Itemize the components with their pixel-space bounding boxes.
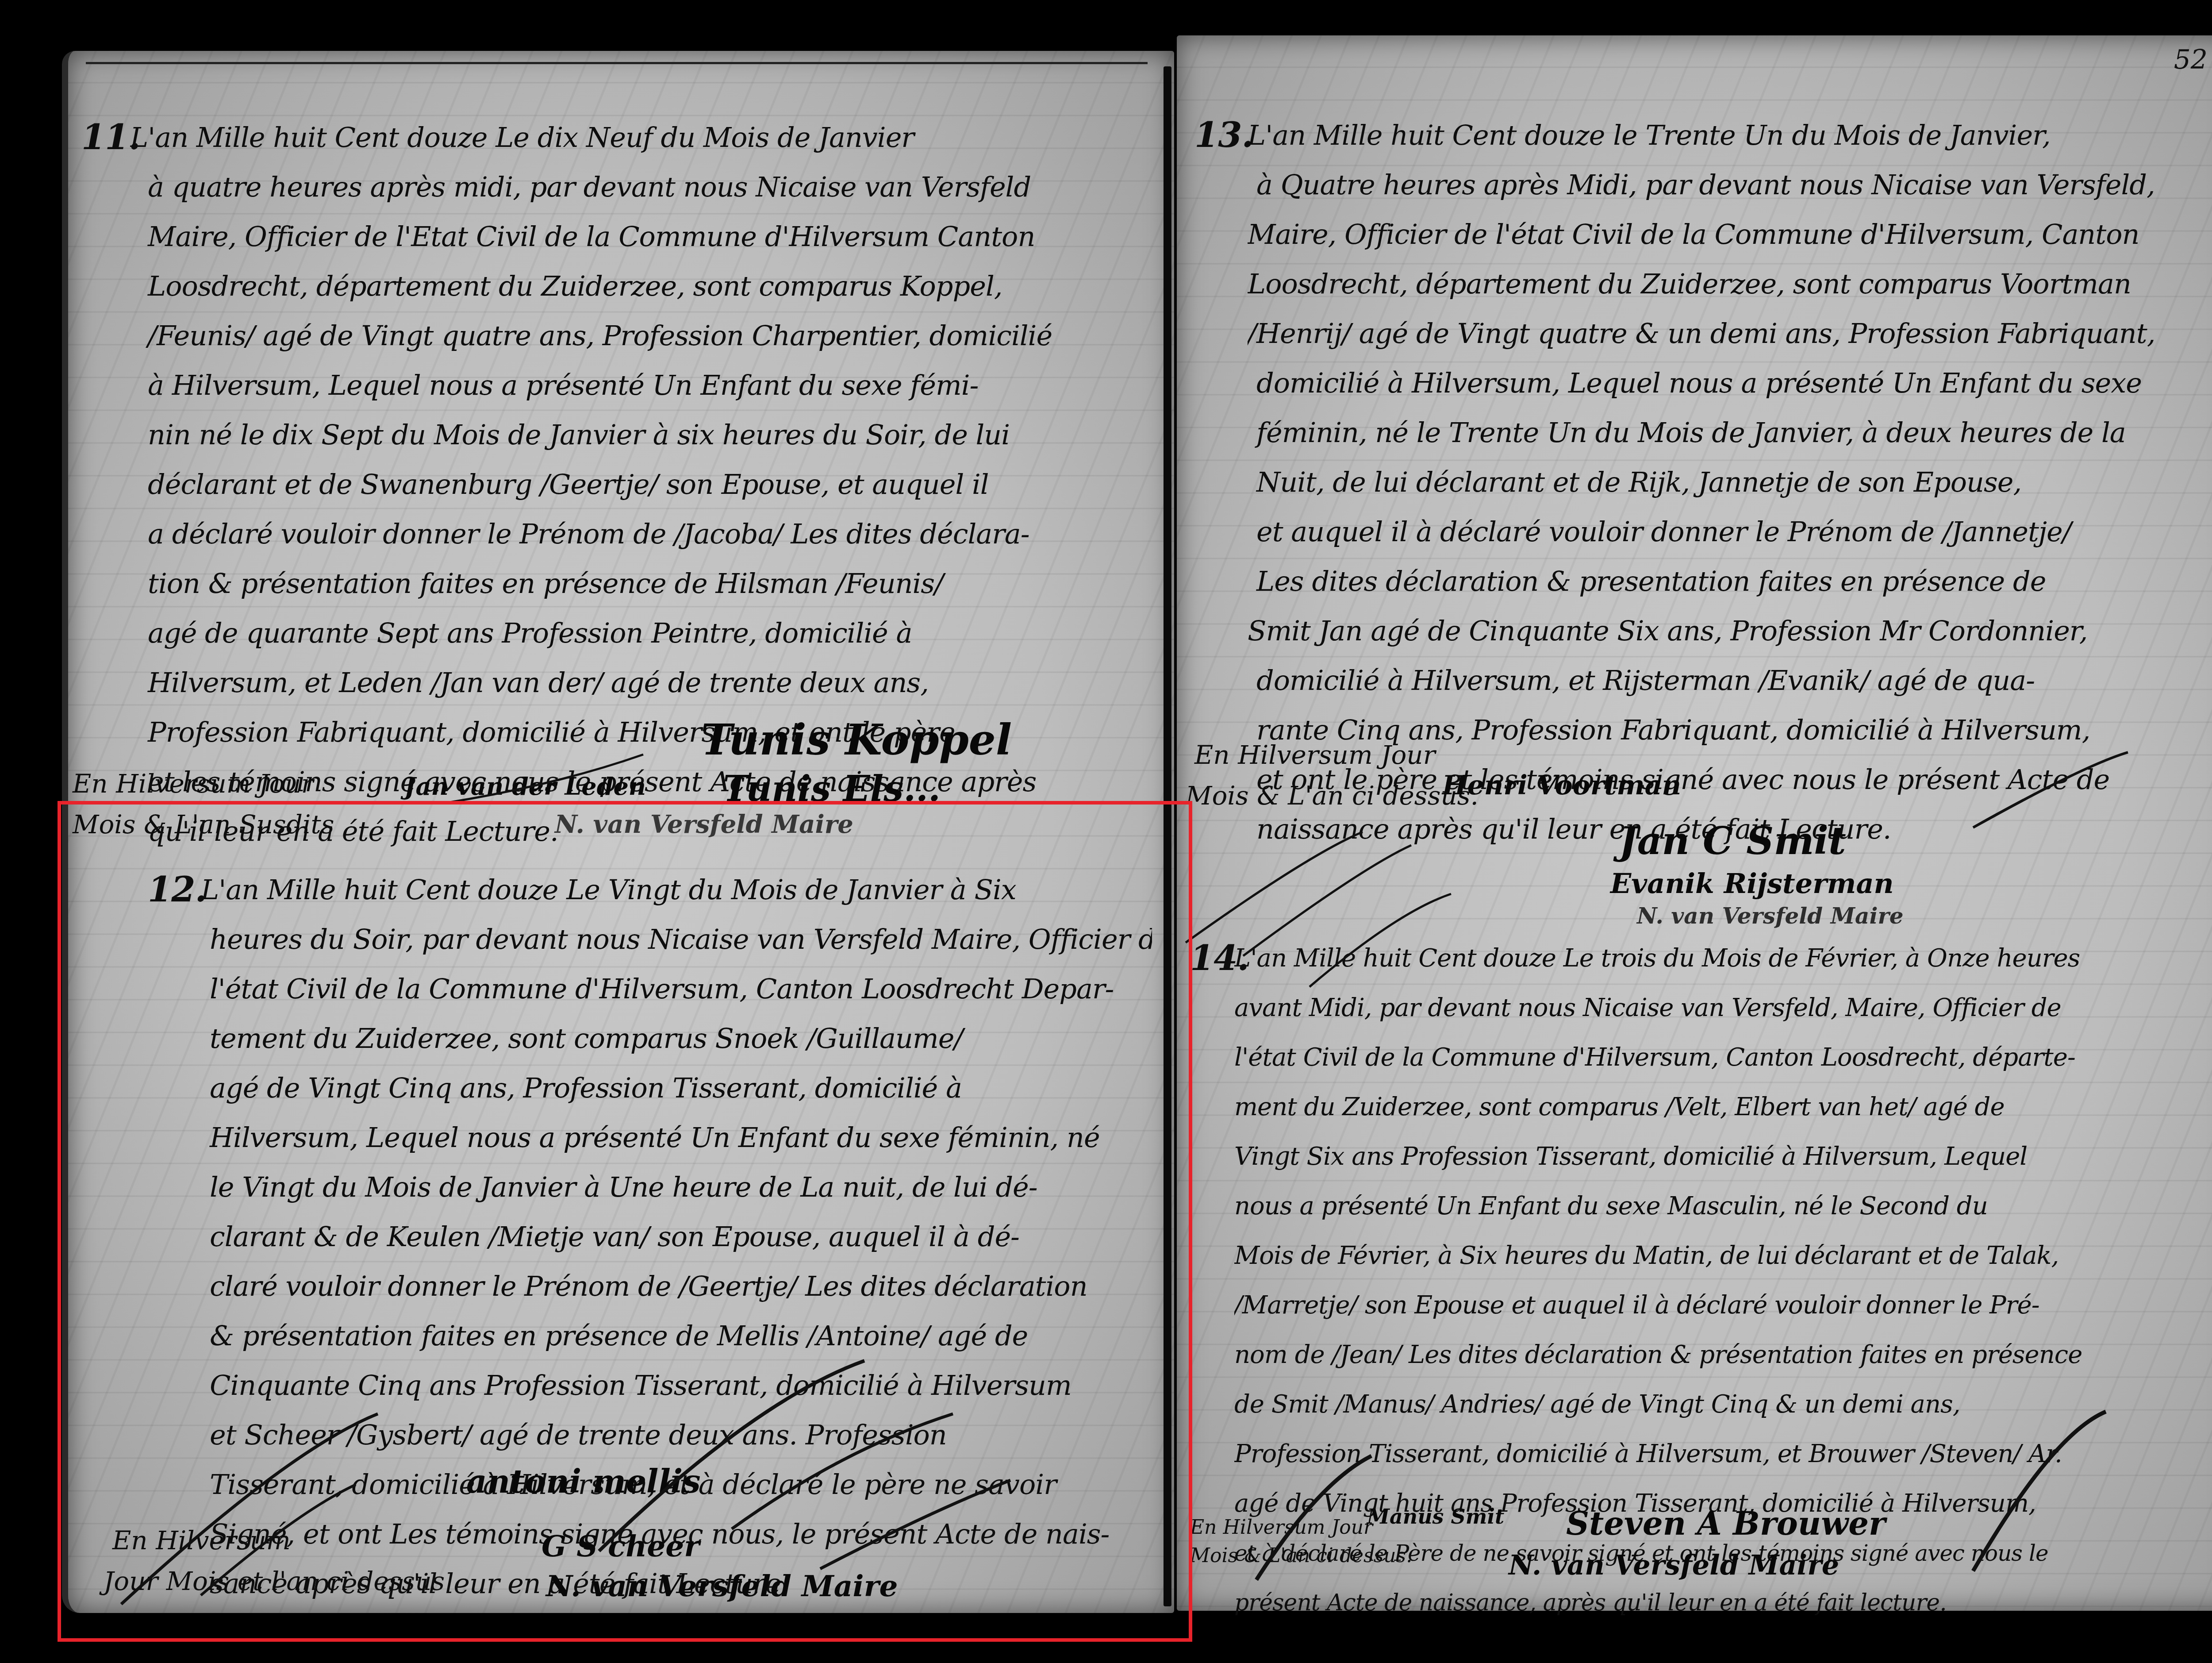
signature-witness-smit: Manus Smit <box>1367 1505 1504 1528</box>
entry-13-closing: En Hilversum Jour Mois & L'an ci dessus. <box>1186 735 1479 816</box>
entry-line: Cinquante Cinq ans Profession Tisserant,… <box>201 1361 1152 1410</box>
entry-line: nous a présenté Un Enfant du sexe Mascul… <box>1234 1182 2212 1231</box>
entry-line: présent Acte de naissance, après qu'il l… <box>1234 1578 2212 1628</box>
entry-line: agé de Vingt Cinq ans, Profession Tisser… <box>201 1063 1152 1113</box>
closing-line: Mois & L'an Susdits <box>73 804 334 845</box>
entry-line: Loosdrecht, département du Zuiderzee, so… <box>1248 259 2203 309</box>
signature-mayor: N. van Versfeld Maire <box>1509 1549 1839 1581</box>
entry-line: Nuit, de lui déclarant et de Rijk, Janne… <box>1248 458 2203 507</box>
entry-line: et Scheer /Gysbert/ agé de trente deux a… <box>201 1410 1152 1460</box>
closing-line: En Hilversum <box>104 1520 445 1561</box>
entry-line: Profession Tisserant, domicilié à Hilver… <box>1234 1429 2212 1479</box>
signature-witness-2: Tunis Els... <box>723 768 941 809</box>
signature-witness-brouwer: Steven A Brouwer <box>1566 1505 1886 1542</box>
signature-witness-rijsterman: Evanik Rijsterman <box>1610 867 1894 900</box>
entry-line: avant Midi, par devant nous Nicaise van … <box>1234 983 2212 1033</box>
document-scan: 11. L'an Mille huit Cent douze Le dix Ne… <box>0 0 2212 1663</box>
signature-witness-mellis: antoni mellis <box>466 1463 701 1500</box>
entry-line: à Quatre heures après Midi, par devant n… <box>1248 160 2203 210</box>
entry-line: à Hilversum, Lequel nous a présenté Un E… <box>130 361 1156 410</box>
entry-number: 12. <box>148 865 207 915</box>
signature-father: Henri Voortman <box>1442 770 1681 801</box>
signature-mayor: N. van Versfeld Maire <box>546 1569 898 1603</box>
signature-witness-1: Jan van der Leden <box>404 772 646 801</box>
entry-line: & présentation faites en présence de Mel… <box>201 1311 1152 1361</box>
entry-line: et auquel il à déclaré vouloir donner le… <box>1248 507 2203 557</box>
entry-12-closing: En Hilversum Jour Mois et l'an ci dessus <box>104 1520 445 1601</box>
page-number: 52 <box>2174 44 2208 75</box>
top-ruled-line <box>86 62 1148 64</box>
signature-witness-smit: Jan C Smit <box>1619 819 1846 863</box>
entry-line: Loosdrecht, département du Zuiderzee, so… <box>130 262 1156 311</box>
entry-line: domicilié à Hilversum, et Rijsterman /Ev… <box>1248 656 2203 705</box>
entry-line: Les dites déclaration & presentation fai… <box>1248 557 2203 606</box>
entry-line: Smit Jan agé de Cinquante Six ans, Profe… <box>1248 606 2203 656</box>
entry-line: clarant & de Keulen /Mietje van/ son Epo… <box>201 1212 1152 1262</box>
entry-line: déclarant et de Swanenburg /Geertje/ son… <box>130 460 1156 509</box>
left-page: 11. L'an Mille huit Cent douze Le dix Ne… <box>62 51 1174 1613</box>
entry-line: Hilversum, et Leden /Jan van der/ agé de… <box>130 658 1156 708</box>
right-page: 52 13. L'an Mille huit Cent douze le Tre… <box>1177 35 2212 1611</box>
entry-line: L'an Mille huit Cent douze Le trois du M… <box>1234 934 2212 983</box>
closing-line: Mois & L'an ci dessus. <box>1190 1542 1412 1570</box>
entry-line: nin né le dix Sept du Mois de Janvier à … <box>130 410 1156 460</box>
entry-line: Mois de Février, à Six heures du Matin, … <box>1234 1231 2212 1281</box>
signature-mayor: N. van Versfeld Maire <box>555 810 853 839</box>
entry-line: Hilversum, Lequel nous a présenté Un Enf… <box>201 1113 1152 1163</box>
entry-line: claré vouloir donner le Prénom de /Geert… <box>201 1262 1152 1311</box>
entry-line: Maire, Officier de l'état Civil de la Co… <box>1248 210 2203 259</box>
signature-mayor: N. van Versfeld Maire <box>1637 903 1904 929</box>
entry-line: domicilié à Hilversum, Lequel nous a pré… <box>1248 358 2203 408</box>
entry-line: L'an Mille huit Cent douze le Trente Un … <box>1248 111 2203 160</box>
entry-number: 14. <box>1190 934 1249 983</box>
entry-line: tion & présentation faites en présence d… <box>130 559 1156 608</box>
entry-line: /Marretje/ son Epouse et auquel il à déc… <box>1234 1281 2212 1330</box>
entry-line: Maire, Officier de l'Etat Civil de la Co… <box>130 212 1156 262</box>
entry-number: 13. <box>1194 111 1253 160</box>
entry-line: à quatre heures après midi, par devant n… <box>130 162 1156 212</box>
entry-line: a déclaré vouloir donner le Prénom de /J… <box>130 509 1156 559</box>
entry-line: nom de /Jean/ Les dites déclaration & pr… <box>1234 1330 2212 1380</box>
closing-line: Mois & L'an ci dessus. <box>1186 775 1479 816</box>
entry-line: l'état Civil de la Commune d'Hilversum, … <box>201 964 1152 1014</box>
closing-line: Jour Mois et l'an ci dessus <box>104 1561 445 1601</box>
entry-line: /Henrij/ agé de Vingt quatre & un demi a… <box>1248 309 2203 358</box>
entry-line: Vingt Six ans Profession Tisserant, domi… <box>1234 1132 2212 1182</box>
entry-line: heures du Soir, par devant nous Nicaise … <box>201 915 1152 964</box>
entry-line: L'an Mille huit Cent douze Le dix Neuf d… <box>130 113 1156 162</box>
entry-11-closing: En Hilversum Jour Mois & L'an Susdits <box>73 763 334 845</box>
entry-line: l'état Civil de la Commune d'Hilversum, … <box>1234 1033 2212 1082</box>
entry-number: 11. <box>81 113 140 162</box>
entry-line: tement du Zuiderzee, sont comparus Snoek… <box>201 1014 1152 1063</box>
entry-line: agé de quarante Sept ans Profession Pein… <box>130 608 1156 658</box>
entry-line: féminin, né le Trente Un du Mois de Janv… <box>1248 408 2203 458</box>
signature-father: Tunis Koppel <box>701 715 1012 765</box>
signature-witness-scheer: G S cheer <box>541 1529 699 1563</box>
book-spine <box>1164 66 1171 1606</box>
entry-line: L'an Mille huit Cent douze Le Vingt du M… <box>201 865 1152 915</box>
entry-line: le Vingt du Mois de Janvier à Une heure … <box>201 1163 1152 1212</box>
entry-line: ment du Zuiderzee, sont comparus /Velt, … <box>1234 1082 2212 1132</box>
entry-line: /Feunis/ agé de Vingt quatre ans, Profes… <box>130 311 1156 361</box>
closing-line: En Hilversum Jour <box>73 763 334 804</box>
entry-line: de Smit /Manus/ Andries/ agé de Vingt Ci… <box>1234 1380 2212 1429</box>
closing-line: En Hilversum Jour <box>1186 735 1479 775</box>
